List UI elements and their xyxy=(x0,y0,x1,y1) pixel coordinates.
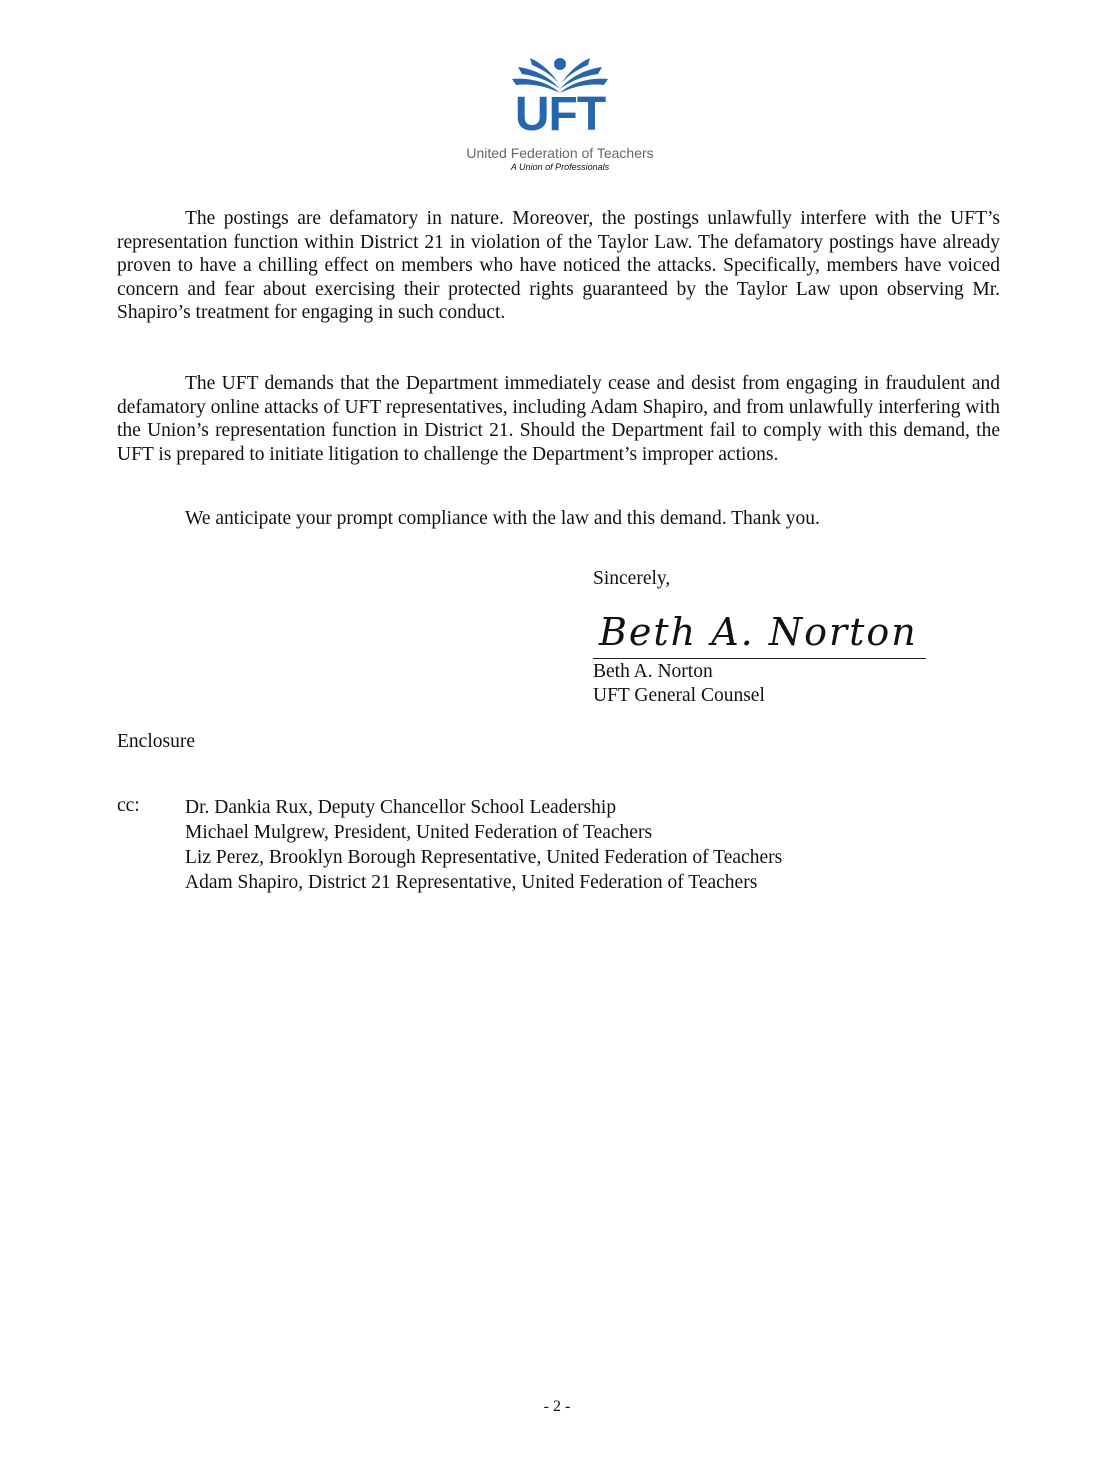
enclosure-note: Enclosure xyxy=(117,731,195,753)
letterhead-logo: UFT United Federation of Teachers A Unio… xyxy=(455,55,665,172)
cc-recipient: Dr. Dankia Rux, Deputy Chancellor School… xyxy=(185,795,782,820)
cc-recipient: Liz Perez, Brooklyn Borough Representati… xyxy=(185,845,782,870)
paragraph-thanks: We anticipate your prompt compliance wit… xyxy=(117,507,1000,531)
paragraph-defamatory: The postings are defamatory in nature. M… xyxy=(117,207,1000,325)
paragraph-demand: The UFT demands that the Department imme… xyxy=(117,372,1000,466)
closing-salutation: Sincerely, xyxy=(593,567,670,591)
signer-name: Beth A. Norton xyxy=(593,660,765,684)
signer-title: UFT General Counsel xyxy=(593,684,765,708)
organization-tagline: A Union of Professionals xyxy=(455,162,665,172)
signature: Beth A. Norton xyxy=(599,610,918,654)
cc-recipient: Adam Shapiro, District 21 Representative… xyxy=(185,870,782,895)
cc-label: cc: xyxy=(117,795,140,817)
organization-name: United Federation of Teachers xyxy=(455,145,665,161)
signer-block: Beth A. Norton UFT General Counsel xyxy=(593,660,765,708)
signature-line: Beth A. Norton xyxy=(593,608,926,659)
logo-wordmark: UFT xyxy=(455,93,665,137)
cc-list: Dr. Dankia Rux, Deputy Chancellor School… xyxy=(185,795,782,895)
cc-recipient: Michael Mulgrew, President, United Feder… xyxy=(185,820,782,845)
page-number: - 2 - xyxy=(0,1398,1114,1416)
